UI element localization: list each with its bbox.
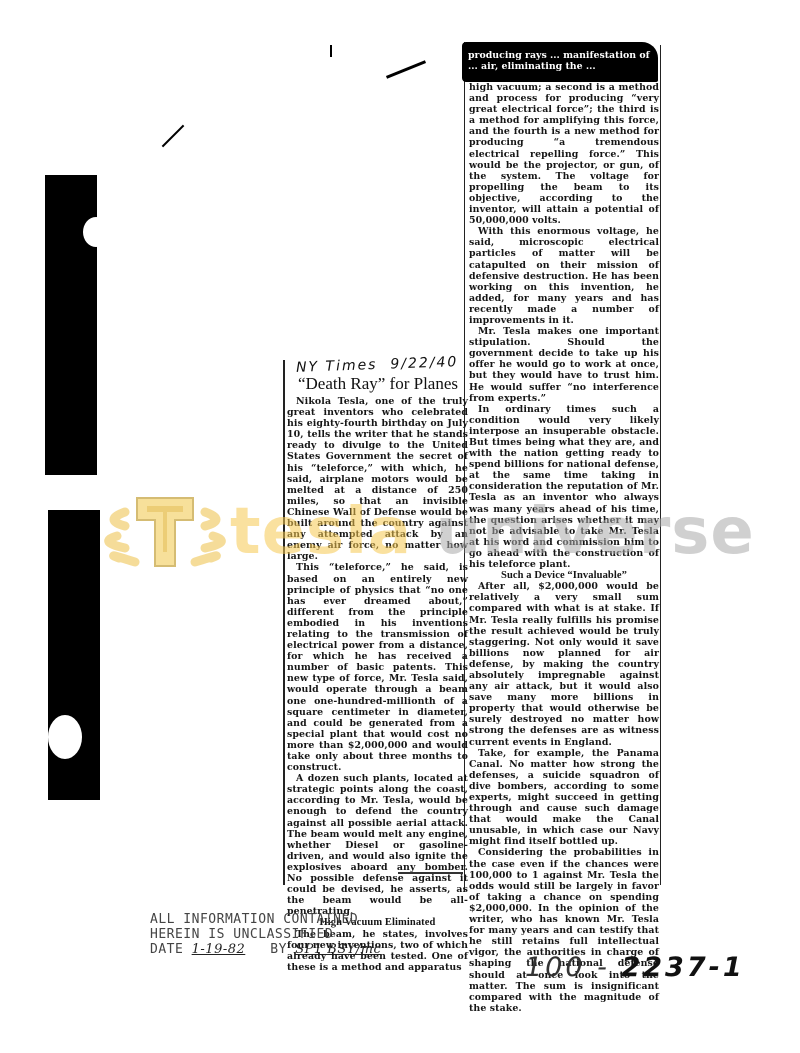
- scan-mark: [330, 45, 332, 57]
- file-number-prefix: 100 -: [525, 952, 621, 983]
- clipping-border-left: [283, 360, 285, 885]
- stamp-date-label: DATE: [150, 942, 183, 957]
- handwritten-source-note: NY Times 9/22/40: [296, 354, 459, 376]
- paragraph: high vacuum; a second is a method and pr…: [469, 82, 659, 226]
- paragraph: After all, $2,000,000 would be relativel…: [469, 581, 659, 747]
- handwritten-file-number: 100 - 2237-1: [525, 952, 745, 983]
- paragraph: With this enormous voltage, he said, mic…: [469, 226, 659, 326]
- tesla-universe-logo-icon: [95, 492, 235, 576]
- punch-hole-top: [83, 217, 109, 247]
- scan-mark: [162, 125, 185, 148]
- date-note: 9/22/40: [390, 354, 459, 372]
- file-number-suffix: -1: [709, 952, 745, 983]
- watermark-text-part1: tesla: [230, 495, 412, 569]
- subheading: Such a Device “Invaluable”: [469, 570, 659, 581]
- file-number-main: 2237: [621, 952, 708, 983]
- scan-mark: [386, 60, 426, 79]
- punch-hole-bottom: [48, 715, 82, 759]
- stamp-date-value: 1-19-82: [192, 942, 246, 957]
- paragraph: This “teleforce,” he said, is based on a…: [287, 562, 468, 773]
- watermark-text: tesla universe: [230, 495, 755, 569]
- stamp-line-1: ALL INFORMATION CONTAINED: [150, 912, 381, 927]
- stamp-line-3: DATE 1-19-82 BY SP1 BSY/mc: [150, 942, 381, 957]
- article-headline: “Death Ray” for Planes: [288, 374, 468, 394]
- watermark-text-part2: universe: [412, 495, 755, 569]
- stamp-by-label: BY: [270, 942, 287, 957]
- stamp-by-value: SP1 BSY/mc: [295, 942, 381, 957]
- source-note: NY Times: [296, 357, 378, 376]
- clipping-border-right: [660, 45, 661, 885]
- paragraph: Take, for example, the Panama Canal. No …: [469, 748, 659, 848]
- article-left-column: Nikola Tesla, one of the truly great inv…: [287, 396, 468, 973]
- paragraph: Mr. Tesla makes one important stipulatio…: [469, 326, 659, 404]
- stamp-line-2: HEREIN IS UNCLASSIFIED: [150, 927, 381, 942]
- declassification-stamp: ALL INFORMATION CONTAINED HEREIN IS UNCL…: [150, 912, 381, 957]
- paragraph: A dozen such plants, located at strategi…: [287, 773, 468, 917]
- damaged-text: producing rays ... manifestation of ... …: [468, 50, 658, 72]
- paragraph: Considering the probabilities in the cas…: [469, 847, 659, 1013]
- scan-edge-blot-bottom: [48, 510, 100, 800]
